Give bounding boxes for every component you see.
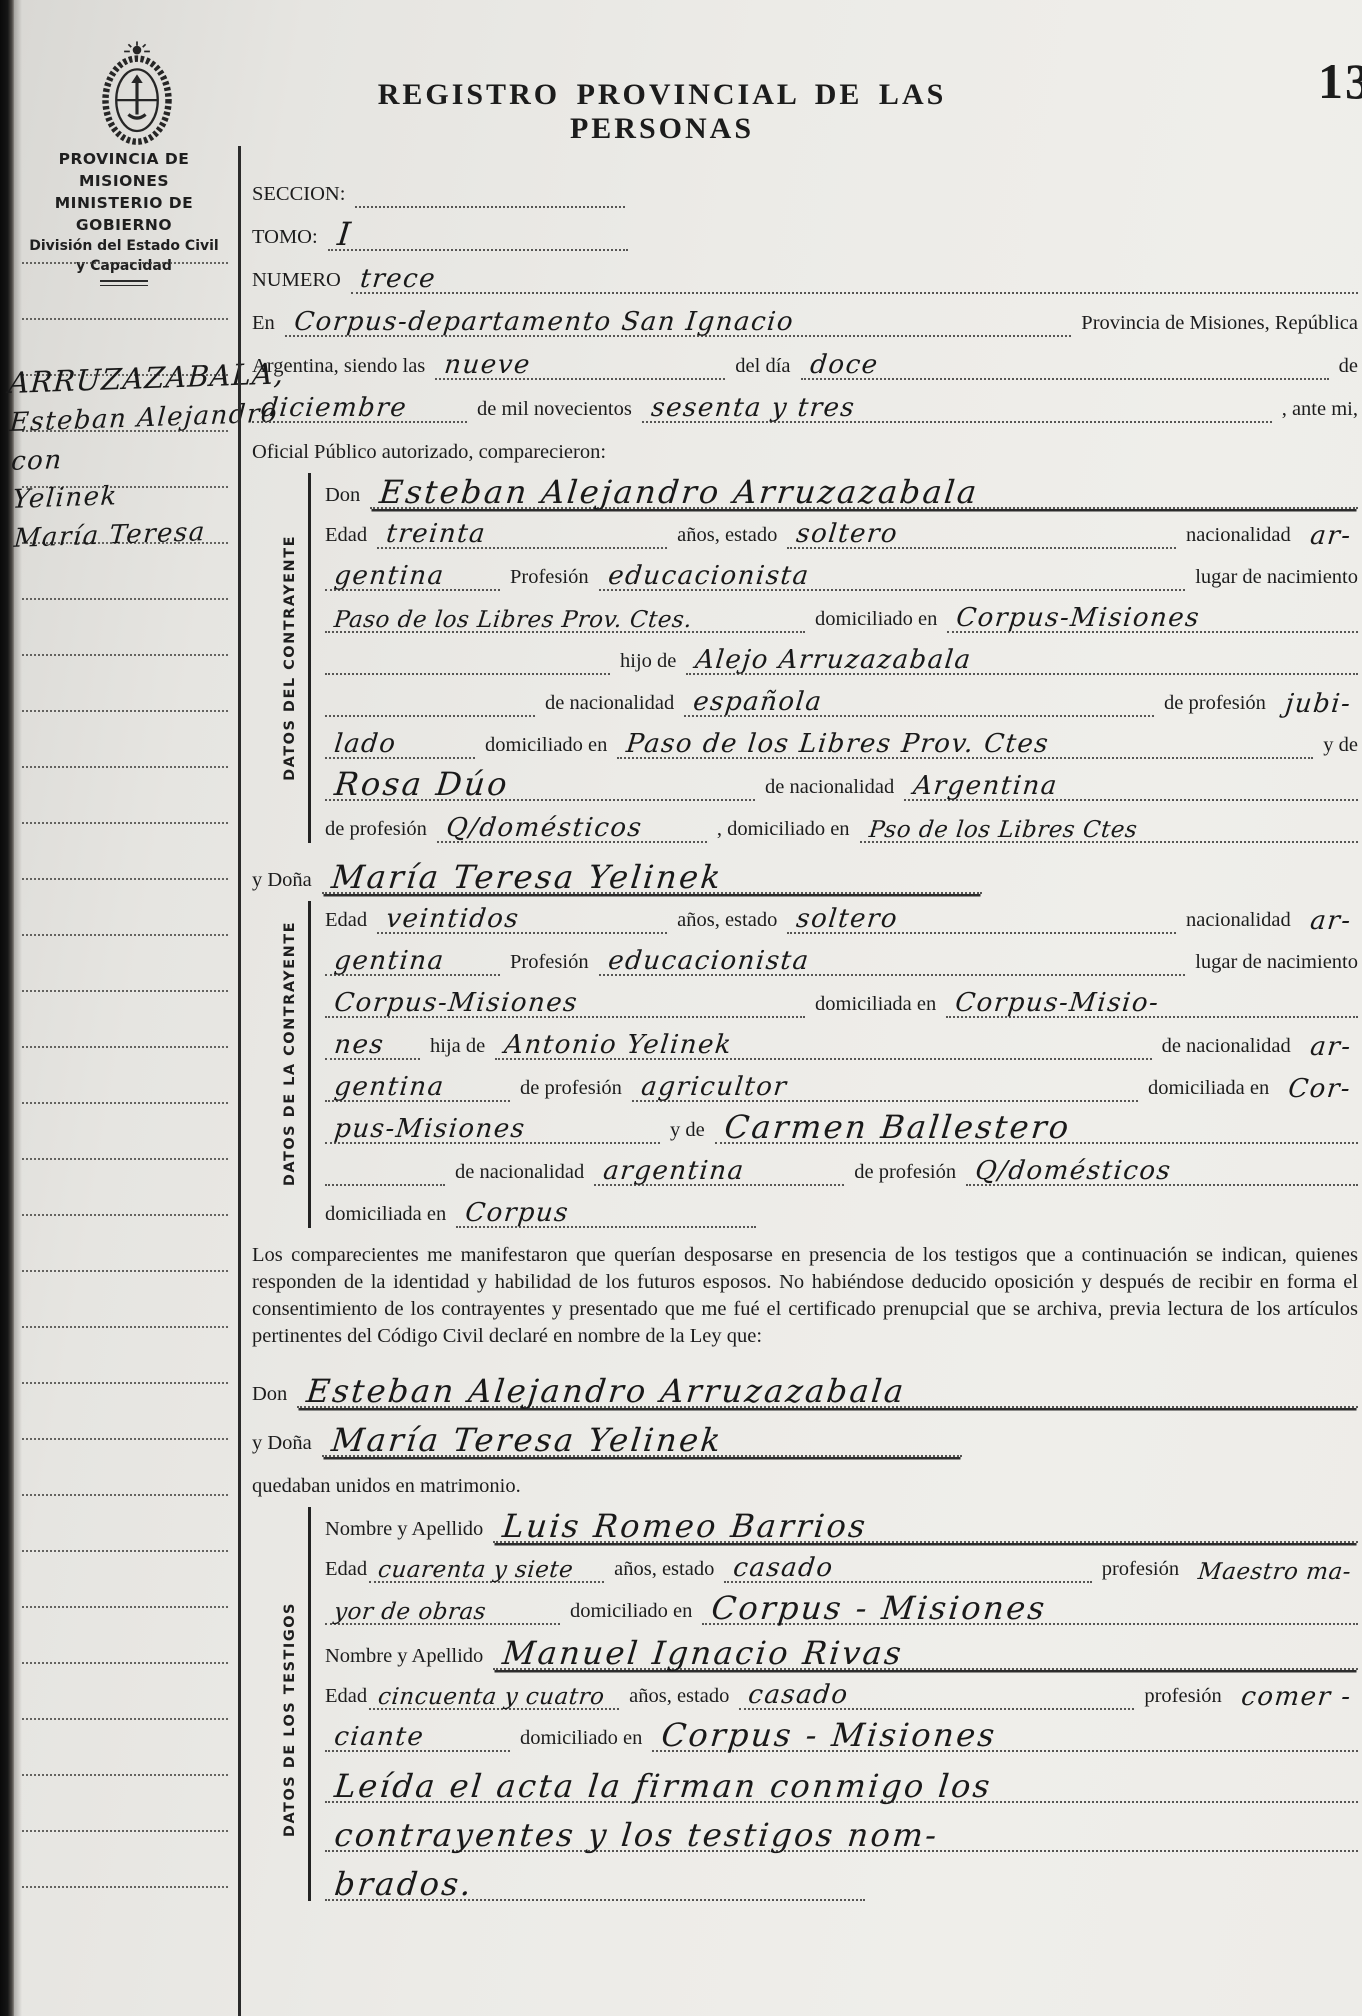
margin-dotted-line: [22, 878, 228, 880]
de-nacionalidad-label: de nacionalidad: [445, 1162, 594, 1186]
groom-nac-part1: ar-: [1301, 525, 1361, 549]
de-profesion-label: de profesión: [510, 1078, 632, 1102]
witness2-prof-part2: ciante: [325, 1726, 433, 1750]
margin-dotted-line: [22, 1886, 228, 1888]
witness2-domicile-field: Corpus - Misiones: [652, 1721, 1358, 1752]
margin-dotted-line: [22, 1830, 228, 1832]
bride-age-row: Edad veintidos años, estado soltero naci…: [325, 901, 1358, 934]
bride-name-field: María Teresa Yelinek: [322, 863, 982, 894]
seccion-field: [355, 206, 625, 208]
margin-dotted-line: [22, 1214, 228, 1216]
edad-label: Edad: [325, 1686, 369, 1710]
bride-domicile-field: Corpus-Misio-: [946, 992, 1358, 1018]
del-dia-label: del día: [725, 356, 800, 380]
margin-dotted-line: [22, 1046, 228, 1048]
domiciliado-label: domiciliado en: [805, 609, 947, 633]
bride-birthplace-value: Corpus-Misiones: [325, 992, 587, 1016]
bride-mother-domicile-row: domiciliada en Corpus: [325, 1195, 1358, 1228]
profesion-label: Profesión: [500, 567, 599, 591]
witness2-age-row: Edad cincuenta y cuatro años, estado cas…: [325, 1677, 1358, 1710]
groom-father-field: Alejo Arruzazabala: [686, 649, 1358, 675]
bride-name-row: y Doña María Teresa Yelinek: [252, 852, 1358, 894]
witness1-prof-field2: yor de obras: [325, 1602, 560, 1625]
groom-father-row: hijo de Alejo Arruzazabala: [325, 642, 1358, 675]
groom-mother-row: Rosa Dúo de nacionalidad Argentina: [325, 768, 1358, 801]
groom-father-prof-field2: lado: [325, 733, 475, 759]
de-nacionalidad-label: de nacionalidad: [535, 693, 684, 717]
groom-father-value: Alejo Arruzazabala: [686, 649, 981, 673]
margin-index-surname: ARRUZAZABALA,: [8, 362, 236, 397]
union-statement: quedaban unidos en matrimonio.: [252, 1476, 531, 1500]
hija-de-label: hija de: [420, 1036, 495, 1060]
bride-nac-part1: ar-: [1301, 910, 1361, 934]
form-row-tomo: TOMO: I: [252, 215, 1358, 251]
groom-name-field: Esteban Alejandro Arruzazabala: [370, 478, 1358, 509]
de-profesion-label: de profesión: [325, 819, 437, 843]
bride-father-dom-part2: pus-Misiones: [325, 1118, 535, 1142]
margin-index-con: con: [10, 443, 238, 475]
witness1-name-field: Luis Romeo Barrios: [493, 1512, 1358, 1543]
day-value: doce: [801, 354, 888, 378]
bride-mother-value: Carmen Ballestero: [715, 1113, 1080, 1142]
groom-estado-field: soltero: [787, 523, 1176, 549]
form-row-numero: NUMERO trece: [252, 258, 1358, 294]
y-de-label: y de: [1313, 735, 1358, 759]
de-label: de: [1329, 356, 1358, 380]
groom-birthplace-field: Paso de los Libres Prov. Ctes.: [325, 610, 805, 633]
bride-age-value: veintidos: [377, 908, 529, 932]
form-row-place: En Corpus-departamento San Ignacio Provi…: [252, 301, 1358, 337]
union-groom-row: Don Esteban Alejandro Arruzazabala: [252, 1366, 1358, 1408]
closing-line1-field: Leída el acta la firman conmigo los: [325, 1772, 1358, 1803]
y-dona-label: y Doña: [252, 870, 322, 894]
closing-line3-row: brados.: [325, 1859, 1358, 1901]
place-field: Corpus-departamento San Ignacio: [285, 311, 1072, 337]
margin-index-spouse-name: María Teresa: [13, 520, 241, 552]
groom-estado-value: soltero: [787, 523, 907, 547]
margin-dotted-line: [22, 598, 228, 600]
margin-dotted-line: [22, 1326, 228, 1328]
bride-father-profession-row: gentina de profesión agricultor domicili…: [325, 1069, 1358, 1102]
groom-age-row: Edad treinta años, estado soltero nacion…: [325, 516, 1358, 549]
seccion-label: SECCION:: [252, 184, 355, 208]
closing-line1-row: Leída el acta la firman conmigo los: [325, 1761, 1358, 1803]
margin-dotted-line: [22, 1718, 228, 1720]
bride-profession-field: educacionista: [599, 950, 1186, 976]
scanned-registry-page: 13 REGISTRO PROVINCIAL DE LAS PERSONAS P…: [0, 0, 1362, 2016]
groom-mother-profession-value: Q/domésticos: [437, 817, 652, 841]
tomo-value: I: [328, 220, 362, 249]
margin-index-annotation: ARRUZAZABALA, Esteban Alejandro con Yeli…: [7, 362, 240, 567]
groom-father-domicile-row: lado domiciliado en Paso de los Libres P…: [325, 726, 1358, 759]
groom-mother-profession-row: de profesión Q/domésticos , domiciliado …: [325, 810, 1358, 843]
union-bride-row: y Doña María Teresa Yelinek: [252, 1415, 1358, 1457]
domiciliada-label: domiciliada en: [325, 1204, 456, 1228]
margin-dotted-line: [22, 1774, 228, 1776]
argentina-siendo-label: Argentina, siendo las: [252, 356, 435, 380]
bride-domicile-part1: Corpus-Misio-: [946, 992, 1169, 1016]
dom-coma-label: , domiciliado en: [707, 819, 860, 843]
place-value: Corpus-departamento San Ignacio: [285, 311, 803, 335]
profesion-label: profesión: [1134, 1686, 1231, 1710]
bride-birthplace-row: Corpus-Misiones domiciliada en Corpus-Mi…: [325, 985, 1358, 1018]
letterhead-line: División del Estado Civil: [16, 236, 232, 256]
tomo-label: TOMO:: [252, 227, 328, 251]
nombre-apellido-label: Nombre y Apellido: [325, 1519, 493, 1543]
nombre-apellido-label: Nombre y Apellido: [325, 1646, 493, 1670]
margin-dotted-line: [22, 654, 228, 656]
bride-age-field: veintidos: [377, 908, 667, 934]
margin-dotted-line: [22, 766, 228, 768]
en-label: En: [252, 313, 285, 337]
domiciliado-label: domiciliado en: [510, 1728, 652, 1752]
anos-estado-label: años, estado: [604, 1559, 724, 1583]
margin-dotted-line: [22, 318, 228, 320]
witness2-name-value: Manuel Ignacio Rivas: [493, 1639, 913, 1668]
groom-mother-field: Rosa Dúo: [325, 770, 755, 801]
lugar-nacimiento-label: lugar de nacimiento: [1185, 952, 1358, 976]
groom-age-value: treinta: [377, 523, 495, 547]
nacionalidad-label: nacionalidad: [1176, 525, 1301, 549]
groom-name-value: Esteban Alejandro Arruzazabala: [370, 478, 988, 507]
declaration-paragraph: Los comparecientes me manifestaron que q…: [252, 1242, 1358, 1350]
domiciliada-label: domiciliada en: [1138, 1078, 1279, 1102]
witness1-estado-field: casado: [724, 1557, 1091, 1583]
bride-father-nac-part1: ar-: [1301, 1036, 1361, 1060]
bride-nac-field2: gentina: [325, 950, 500, 976]
numero-value: trece: [351, 268, 445, 292]
provincia-label: Provincia de Misiones, República: [1071, 313, 1358, 337]
de-mil-label: de mil novecientos: [467, 399, 642, 423]
bride-domicile-part2: nes: [325, 1034, 393, 1058]
margin-dotted-line: [22, 1158, 228, 1160]
groom-domicile-value: Corpus-Misiones: [947, 607, 1209, 631]
margin-dotted-line: [22, 262, 228, 264]
groom-domicile-field: Corpus-Misiones: [947, 607, 1358, 633]
form-row-hour-day: Argentina, siendo las nueve del día doce…: [252, 344, 1358, 380]
profesion-label: profesión: [1092, 1559, 1189, 1583]
bride-father-nac-field2: gentina: [325, 1076, 510, 1102]
bride-estado-value: soltero: [787, 908, 907, 932]
groom-birthplace-value: Paso de los Libres Prov. Ctes.: [325, 610, 701, 631]
y-de-label: y de: [660, 1120, 715, 1144]
groom-father-domicile-field: Paso de los Libres Prov. Ctes: [617, 733, 1313, 759]
letterhead-line: PROVINCIA DE MISIONES: [16, 148, 232, 192]
witnesses-section-label: DATOS DE LOS TESTIGOS: [282, 1602, 298, 1837]
empty-fill: [325, 715, 535, 717]
witness1-prof-part1: Maestro ma-: [1189, 1562, 1360, 1583]
y-dona-label: y Doña: [252, 1433, 322, 1457]
margin-index-name: Esteban Alejandro: [9, 404, 237, 436]
witness2-age-field: cincuenta y cuatro: [369, 1687, 619, 1710]
witness1-domicile-value: Corpus - Misiones: [702, 1594, 1056, 1623]
page-title: REGISTRO PROVINCIAL DE LAS PERSONAS: [300, 78, 1024, 146]
groom-father-prof-part1: jubi-: [1276, 693, 1361, 717]
witness2-name-field: Manuel Ignacio Rivas: [493, 1639, 1358, 1670]
groom-age-field: treinta: [377, 523, 667, 549]
groom-profession-value: educacionista: [599, 565, 819, 589]
witness1-name-row: Nombre y Apellido Luis Romeo Barrios: [325, 1507, 1358, 1543]
bride-section-label: DATOS DE LA CONTRAYENTE: [282, 921, 298, 1186]
witness2-age-value: cincuenta y cuatro: [369, 1687, 613, 1708]
oficial-label: Oficial Público autorizado, compareciero…: [252, 442, 616, 466]
don-label: Don: [325, 485, 370, 509]
witnesses-section: DATOS DE LOS TESTIGOS Nombre y Apellido …: [308, 1507, 1358, 1901]
groom-father-nationality-value: española: [684, 691, 832, 715]
bride-father-field: Antonio Yelinek: [495, 1034, 1151, 1060]
bride-section: DATOS DE LA CONTRAYENTE Edad veintidos a…: [308, 901, 1358, 1228]
groom-father-nationality-row: de nacionalidad española de profesión ju…: [325, 684, 1358, 717]
edad-label: Edad: [325, 525, 377, 549]
day-field: doce: [801, 354, 1329, 380]
domiciliado-label: domiciliado en: [560, 1601, 702, 1625]
month-value: diciembre: [252, 397, 416, 421]
groom-mother-domicile-value: Pso de los Libres Ctes: [860, 820, 1146, 841]
bride-father-value: Antonio Yelinek: [495, 1034, 741, 1058]
edad-label: Edad: [325, 1559, 369, 1583]
closing-line2-row: contrayentes y los testigos nom-: [325, 1810, 1358, 1852]
witness1-domicile-row: yor de obras domiciliado en Corpus - Mis…: [325, 1592, 1358, 1625]
bride-father-row: nes hija de Antonio Yelinek de nacionali…: [325, 1027, 1358, 1060]
form-row-seccion: SECCION:: [252, 172, 1358, 208]
domiciliado-label: domiciliado en: [475, 735, 617, 759]
bride-mother-nationality-field: argentina: [594, 1160, 844, 1186]
numero-field: trece: [351, 268, 1358, 294]
de-profesion-label: de profesión: [1154, 693, 1276, 717]
union-groom-field: Esteban Alejandro Arruzazabala: [297, 1377, 1358, 1408]
witness1-age-row: Edad cuarenta y siete años, estado casad…: [325, 1550, 1358, 1583]
witness2-domicile-row: ciante domiciliado en Corpus - Misiones: [325, 1719, 1358, 1752]
hour-value: nueve: [435, 354, 540, 378]
bride-profession-value: educacionista: [599, 950, 819, 974]
de-nacionalidad-label: de nacionalidad: [755, 777, 904, 801]
anos-estado-label: años, estado: [667, 525, 787, 549]
month-field: diciembre: [252, 397, 467, 423]
year-value: sesenta y tres: [642, 397, 864, 421]
bride-estado-field: soltero: [787, 908, 1176, 934]
margin-dotted-line: [22, 1270, 228, 1272]
groom-nac-field2: gentina: [325, 565, 500, 591]
witness1-age-field: cuarenta y siete: [369, 1560, 604, 1583]
closing-line2-field: contrayentes y los testigos nom-: [325, 1821, 1358, 1852]
year-field: sesenta y tres: [642, 397, 1272, 423]
form-row-month-year: diciembre de mil novecientos sesenta y t…: [252, 387, 1358, 423]
union-bride-field: María Teresa Yelinek: [322, 1426, 962, 1457]
hijo-de-label: hijo de: [610, 651, 686, 675]
bride-mother-nationality-value: argentina: [594, 1160, 754, 1184]
bride-mother-row: pus-Misiones y de Carmen Ballestero: [325, 1111, 1358, 1144]
margin-dotted-line: [22, 710, 228, 712]
hour-field: nueve: [435, 354, 725, 380]
groom-father-nationality-field: española: [684, 691, 1154, 717]
bride-mother-nationality-row: de nacionalidad argentina de profesión Q…: [325, 1153, 1358, 1186]
closing-line3-field: brados.: [325, 1870, 865, 1901]
groom-mother-domicile-field: Pso de los Libres Ctes: [860, 820, 1358, 843]
nacionalidad-label: nacionalidad: [1176, 910, 1301, 934]
witness1-name-value: Luis Romeo Barrios: [493, 1512, 877, 1541]
groom-profession-row: gentina Profesión educacionista lugar de…: [325, 558, 1358, 591]
witness1-estado-value: casado: [724, 1557, 843, 1581]
bride-domicile-field2: nes: [325, 1034, 420, 1060]
don-label: Don: [252, 1384, 297, 1408]
witness2-prof-part1: comer -: [1232, 1686, 1361, 1710]
empty-fill: [325, 673, 610, 675]
form-row-oficial: Oficial Público autorizado, compareciero…: [252, 430, 1358, 466]
bride-mother-profession-field: Q/domésticos: [966, 1160, 1358, 1186]
groom-profession-field: educacionista: [599, 565, 1186, 591]
anos-estado-label: años, estado: [619, 1686, 739, 1710]
witness2-prof-field2: ciante: [325, 1726, 510, 1752]
bride-mother-field: Carmen Ballestero: [715, 1113, 1358, 1144]
de-nacionalidad-label: de nacionalidad: [1152, 1036, 1301, 1060]
witness1-age-value: cuarenta y siete: [369, 1560, 582, 1581]
bride-birthplace-field: Corpus-Misiones: [325, 992, 805, 1018]
witness1-domicile-field: Corpus - Misiones: [702, 1594, 1358, 1625]
empty-fill: [325, 1184, 445, 1186]
witness2-estado-field: casado: [739, 1684, 1134, 1710]
edad-label: Edad: [325, 910, 377, 934]
groom-mother-nationality-field: Argentina: [904, 775, 1358, 801]
groom-mother-nationality-value: Argentina: [904, 775, 1067, 799]
form-body: SECCION: TOMO: I NUMERO trece En Corpus-…: [252, 172, 1358, 1908]
union-statement-row: quedaban unidos en matrimonio.: [252, 1464, 1358, 1500]
margin-dotted-line: [22, 1382, 228, 1384]
de-profesion-label: de profesión: [844, 1162, 966, 1186]
union-bride-name: María Teresa Yelinek: [322, 1426, 732, 1455]
witness2-estado-value: casado: [739, 1684, 858, 1708]
groom-birthplace-row: Paso de los Libres Prov. Ctes. domicilia…: [325, 600, 1358, 633]
bride-profession-row: gentina Profesión educacionista lugar de…: [325, 943, 1358, 976]
letterhead-line: MINISTERIO DE GOBIERNO: [16, 192, 232, 236]
groom-mother-value: Rosa Dúo: [325, 770, 519, 799]
margin-dotted-line: [22, 990, 228, 992]
margin-dotted-line: [22, 934, 228, 936]
ante-mi-label: , ante mi,: [1272, 399, 1358, 423]
witness2-domicile-value: Corpus - Misiones: [652, 1721, 1006, 1750]
margin-dotted-line: [22, 822, 228, 824]
groom-father-prof-part2: lado: [325, 733, 406, 757]
bride-nac-part2: gentina: [325, 950, 454, 974]
margin-dotted-line: [22, 1606, 228, 1608]
bride-father-dom-part1: Cor-: [1279, 1078, 1360, 1102]
profesion-label: Profesión: [500, 952, 599, 976]
groom-section-label: DATOS DEL CONTRAYENTE: [282, 535, 298, 781]
bride-father-profession-value: agricultor: [632, 1076, 797, 1100]
margin-index-spouse-surname: Yelinek: [12, 481, 240, 513]
union-groom-name: Esteban Alejandro Arruzazabala: [297, 1377, 915, 1406]
margin-dotted-line: [22, 1438, 228, 1440]
groom-mother-profession-field: Q/domésticos: [437, 817, 707, 843]
argentina-coat-of-arms-icon: [92, 40, 182, 146]
anos-estado-label: años, estado: [667, 910, 787, 934]
column-divider-rule: [238, 146, 241, 2016]
scan-edge-gradient: [14, 0, 22, 2016]
groom-nac-part2: gentina: [325, 565, 454, 589]
domiciliada-label: domiciliada en: [805, 994, 946, 1018]
closing-line2: contrayentes y los testigos nom-: [325, 1821, 948, 1850]
scan-edge-shadow: [0, 0, 14, 2016]
bride-mother-profession-value: Q/domésticos: [966, 1160, 1181, 1184]
groom-name-row: Don Esteban Alejandro Arruzazabala: [325, 473, 1358, 509]
bride-name-value: María Teresa Yelinek: [322, 863, 732, 892]
margin-dotted-line: [22, 1102, 228, 1104]
closing-line1: Leída el acta la firman conmigo los: [325, 1772, 1001, 1801]
witness1-prof-part2: yor de obras: [325, 1602, 495, 1623]
page-number: 13: [1318, 52, 1362, 110]
margin-dotted-line: [22, 1494, 228, 1496]
margin-dotted-line: [22, 1550, 228, 1552]
bride-mother-domicile-field: Corpus: [456, 1202, 756, 1228]
bride-father-profession-field: agricultor: [632, 1076, 1138, 1102]
groom-father-domicile-value: Paso de los Libres Prov. Ctes: [617, 733, 1058, 757]
tomo-field: I: [328, 220, 628, 251]
margin-dotted-line: [22, 1662, 228, 1664]
bride-mother-domicile-value: Corpus: [456, 1202, 578, 1226]
bride-father-dom-field2: pus-Misiones: [325, 1118, 660, 1144]
bride-father-nac-part2: gentina: [325, 1076, 454, 1100]
groom-section: DATOS DEL CONTRAYENTE Don Esteban Alejan…: [308, 473, 1358, 843]
witness2-name-row: Nombre y Apellido Manuel Ignacio Rivas: [325, 1634, 1358, 1670]
lugar-nacimiento-label: lugar de nacimiento: [1185, 567, 1358, 591]
numero-label: NUMERO: [252, 270, 351, 294]
closing-line3: brados.: [325, 1870, 483, 1899]
